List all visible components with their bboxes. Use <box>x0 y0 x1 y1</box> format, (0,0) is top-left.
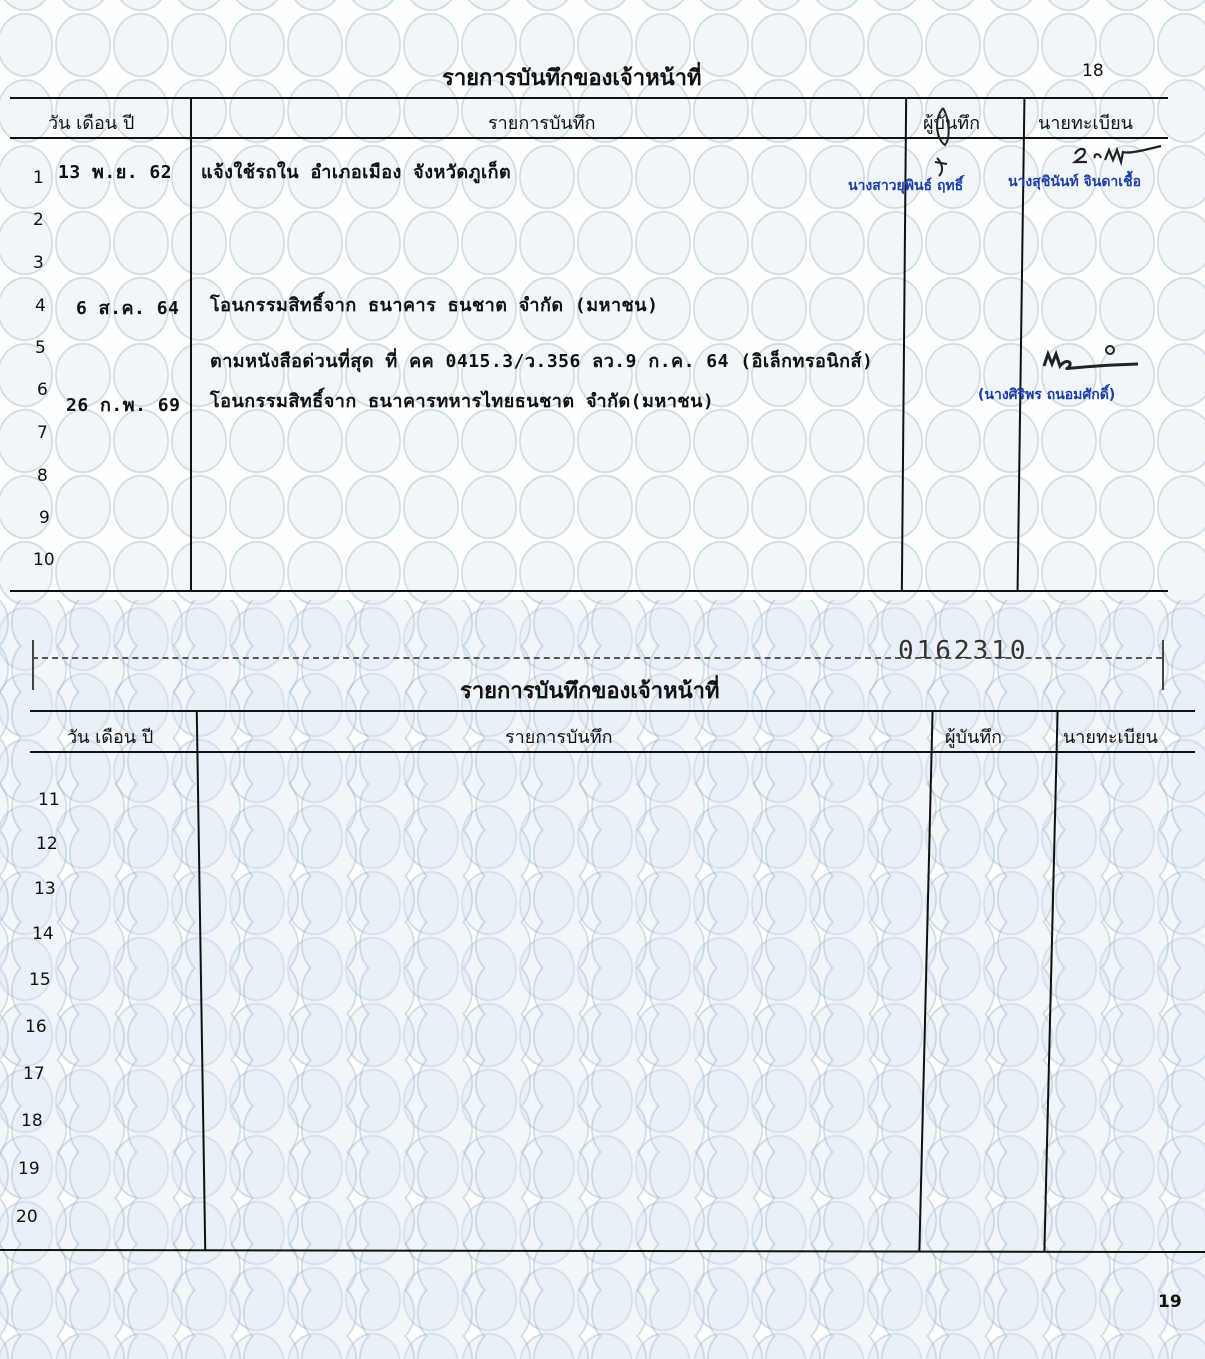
entry-text: โอนกรรมสิทธิ์จาก ธนาคารทหารไทยธนชาต จำกั… <box>210 386 714 415</box>
table-bottom-border <box>10 590 1168 592</box>
row-number: 19 <box>18 1159 40 1179</box>
recorder-name-stamp: นางสาวยุพินธ์ ฤทธิ์ <box>848 175 963 197</box>
row-number: 13 <box>34 879 56 899</box>
header-date: วัน เดือน ปี <box>67 722 153 751</box>
row-number: 18 <box>21 1111 43 1131</box>
row-number: 16 <box>25 1017 47 1037</box>
entry-date: 13 พ.ย. 62 <box>58 157 172 186</box>
security-watermark-pattern-lower <box>0 600 1205 1359</box>
table-top-border <box>30 710 1195 712</box>
column-divider-record <box>901 97 907 592</box>
row-number: 4 <box>35 296 46 316</box>
header-record: รายการบันทึก <box>488 108 596 137</box>
row-number: 6 <box>37 380 48 400</box>
perforation-edge-left <box>32 640 34 690</box>
header-date: วัน เดือน ปี <box>48 108 134 137</box>
serial-number: 0162310 <box>898 636 1029 658</box>
entry-text: ตามหนังสือด่วนที่สุด ที่ คค 0415.3/ว.356… <box>210 346 873 375</box>
registrar-name-stamp-row6: (นางศิริพร ถนอมศักดิ์) <box>978 384 1115 406</box>
recorder-signature-icon <box>915 100 965 180</box>
entry-date: 6 ส.ค. 64 <box>76 293 179 322</box>
column-divider-record <box>918 710 933 1251</box>
section-title: รายการบันทึกของเจ้าหน้าที่ <box>460 673 720 708</box>
row-number: 15 <box>29 970 51 990</box>
header-registrar: นายทะเบียน <box>1038 108 1133 137</box>
row-number: 14 <box>32 924 54 944</box>
column-divider-date <box>190 97 192 592</box>
row-number: 12 <box>36 834 58 854</box>
header-bottom-border <box>10 137 1168 139</box>
entry-date: 26 ก.พ. 69 <box>66 390 180 419</box>
section-title: รายการบันทึกของเจ้าหน้าที่ <box>442 60 702 95</box>
registrar-signature-row6-icon <box>1038 340 1148 375</box>
row-number: 3 <box>33 253 44 273</box>
row-number: 10 <box>33 550 55 570</box>
perforation-edge-right <box>1162 640 1164 690</box>
registrar-signature-icon <box>1065 140 1165 170</box>
row-number: 2 <box>33 210 44 230</box>
entry-text: แจ้งใช้รถใน อำเภอเมือง จังหวัดภูเก็ต <box>201 157 511 186</box>
row-number: 20 <box>16 1207 38 1227</box>
page-number: 19 <box>1158 1292 1182 1312</box>
row-number: 17 <box>23 1064 45 1084</box>
row-number: 8 <box>37 466 48 486</box>
row-number: 7 <box>37 423 48 443</box>
header-bottom-border <box>30 751 1195 753</box>
page-number: 18 <box>1082 61 1104 81</box>
header-record: รายการบันทึก <box>505 722 613 751</box>
header-registrar: นายทะเบียน <box>1063 722 1158 751</box>
table-bottom-border <box>0 1249 1205 1253</box>
registrar-name-stamp: นางสุชินันท์ จินดาเชื้อ <box>1008 171 1141 193</box>
header-recorder: ผู้บันทึก <box>945 722 1002 751</box>
row-number: 11 <box>38 790 60 810</box>
row-number: 1 <box>33 168 44 188</box>
column-divider-date <box>196 710 206 1251</box>
table-top-border <box>10 97 1168 99</box>
row-number: 5 <box>35 338 46 358</box>
row-number: 9 <box>39 508 50 528</box>
column-divider-recorder <box>1043 710 1058 1251</box>
entry-text: โอนกรรมสิทธิ์จาก ธนาคาร ธนชาต จำกัด (มหา… <box>210 290 658 319</box>
